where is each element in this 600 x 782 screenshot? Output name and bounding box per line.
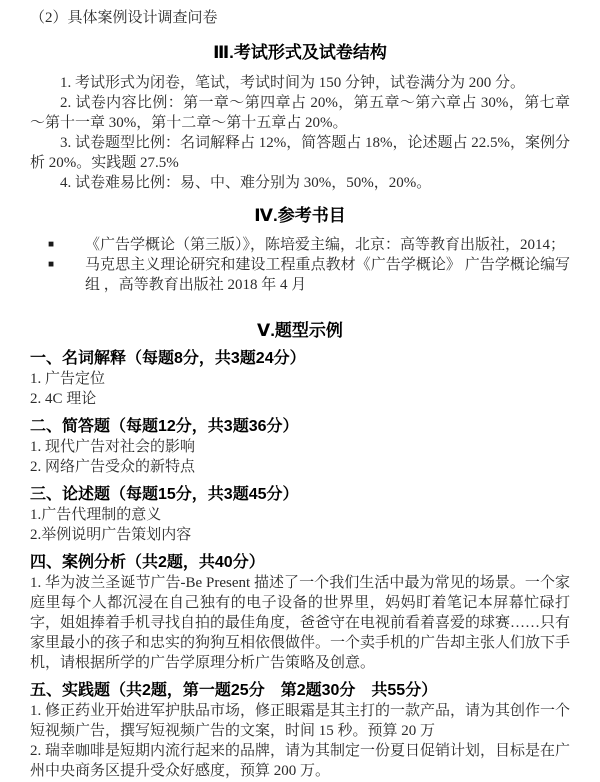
question-group-short-answer: 二、简答题（每题12分，共3题36分） 1. 现代广告对社会的影响 2. 网络广… [30,417,570,477]
reference-text: 马克思主义理论研究和建设工程重点教材《广告学概论》 广告学概论编写组 ，高等教育… [85,255,570,295]
question-group-heading: 二、简答题（每题12分，共3题36分） [30,417,570,437]
question-item: 1. 修正药业开始进军护肤品市场，修正眼霜是其主打的一款产品，请为其创作一个短视… [30,701,570,741]
square-bullet-icon: ■ [48,255,85,275]
question-group-essay: 三、论述题（每题15分，共3题45分） 1.广告代理制的意义 2.举例说明广告策… [30,485,570,545]
exam-paragraph-4: 4. 试卷难易比例：易、中、难分别为 30%，50%，20%。 [30,173,570,193]
question-item: 2. 瑞幸咖啡是短期内流行起来的品牌，请为其制定一份夏日促销计划，目标是在广州中… [30,741,570,781]
reference-section-title: Ⅳ.参考书目 [30,206,570,226]
exam-paragraph-3: 3. 试卷题型比例：名词解释占 12%，简答题占 18%，论述题占 22.5%，… [30,133,570,173]
question-group-heading: 一、名词解释（每题8分，共3题24分） [30,349,570,369]
exam-section-title: Ⅲ.考试形式及试卷结构 [30,43,570,63]
question-group-heading: 三、论述题（每题15分，共3题45分） [30,485,570,505]
question-item: 2. 网络广告受众的新特点 [30,457,570,477]
intro-line: （2）具体案例设计调查问卷 [30,8,570,28]
question-group-practice: 五、实践题（共2题，第一题25分 第2题30分 共55分） 1. 修正药业开始进… [30,681,570,781]
question-group-definitions: 一、名词解释（每题8分，共3题24分） 1. 广告定位 2. 4C 理论 [30,349,570,409]
question-group-heading: 四、案例分析（共2题，共40分） [30,553,570,573]
question-item: 1. 广告定位 [30,369,570,389]
question-item: 2.举例说明广告策划内容 [30,525,570,545]
exam-paragraph-1: 1. 考试形式为闭卷，笔试，考试时间为 150 分钟，试卷满分为 200 分。 [30,73,570,93]
question-item: 1. 华为波兰圣诞节广告-Be Present 描述了一个我们生活中最为常见的场… [30,573,570,673]
reference-item: ■ 马克思主义理论研究和建设工程重点教材《广告学概论》 广告学概论编写组 ，高等… [30,255,570,295]
reference-list: ■ 《广告学概论（第三版）》，陈培爱主编，北京：高等教育出版社，2014； ■ … [30,235,570,295]
question-group-case-analysis: 四、案例分析（共2题，共40分） 1. 华为波兰圣诞节广告-Be Present… [30,553,570,673]
exam-paragraph-2: 2. 试卷内容比例：第一章～第四章占 20%，第五章～第六章占 30%，第七章～… [30,93,570,133]
square-bullet-icon: ■ [48,235,85,255]
question-item: 1. 现代广告对社会的影响 [30,437,570,457]
reference-text: 《广告学概论（第三版）》，陈培爱主编，北京：高等教育出版社，2014； [85,235,570,255]
sample-section-title: Ⅴ.题型示例 [30,321,570,341]
question-item: 1.广告代理制的意义 [30,505,570,525]
document-page: （2）具体案例设计调查问卷 Ⅲ.考试形式及试卷结构 1. 考试形式为闭卷，笔试，… [0,0,600,782]
question-item: 2. 4C 理论 [30,389,570,409]
reference-item: ■ 《广告学概论（第三版）》，陈培爱主编，北京：高等教育出版社，2014； [30,235,570,255]
question-group-heading: 五、实践题（共2题，第一题25分 第2题30分 共55分） [30,681,570,701]
